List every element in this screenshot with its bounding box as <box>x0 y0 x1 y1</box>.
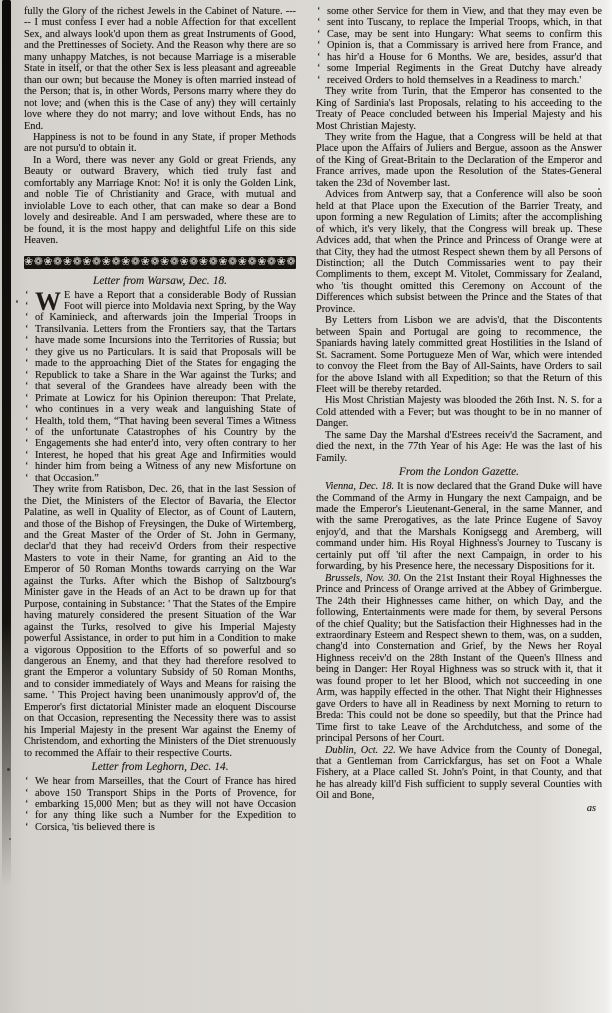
hague-paragraph: They write from the Hague, that a Congre… <box>316 132 602 189</box>
scan-edge-shadow <box>2 0 11 888</box>
drop-cap-W: W <box>35 290 64 312</box>
right-column: some other Service for them in View, and… <box>316 6 602 833</box>
warsaw-letter-heading: Letter from Warsaw, Dec. 18. <box>24 275 296 288</box>
antwerp-paragraph: Advices from Antwerp say, that a Confere… <box>316 189 602 315</box>
ink-speck <box>7 768 10 771</box>
dublin-dateline: Dublin, Oct. 22. <box>325 745 396 756</box>
happiness-paragraph: Happiness is not to be found in any Stat… <box>24 132 296 155</box>
two-column-text-area: fully the Glory of the richest Jewels in… <box>24 6 602 833</box>
left-column: fully the Glory of the richest Jewels in… <box>24 6 296 833</box>
continuation-paragraph: fully the Glory of the richest Jewels in… <box>24 6 296 132</box>
in-a-word-paragraph: In a Word, there was never any Gold or g… <box>24 155 296 247</box>
london-gazette-heading: From the London Gazette. <box>316 466 602 479</box>
catchword: as <box>316 803 602 814</box>
vienna-dateline: Vienna, Dec. 18. <box>325 481 394 492</box>
ratisbon-paragraph: They write from Ratisbon, Dec. 26, that … <box>24 484 296 759</box>
blooded-paragraph: His Most Christian Majesty was blooded t… <box>316 395 602 429</box>
warsaw-letter-text: E have a Report that a considerable Body… <box>35 290 296 484</box>
tuscany-continuation-paragraph: some other Service for them in View, and… <box>316 6 602 86</box>
brussels-paragraph: Brussels, Nov. 30.On the 21st Instant th… <box>316 573 602 745</box>
ink-speck <box>9 838 11 840</box>
printers-ornament-band: ❀❁❀❁❀❁❀❁❀❁❀❁❀❁❀❁❀❁❀❁❀❁❀❁❀❁❀❁ <box>24 256 296 269</box>
vienna-text: It is now declared that the Grand Duke w… <box>316 481 602 572</box>
newspaper-page: fully the Glory of the richest Jewels in… <box>0 0 612 1013</box>
turin-paragraph: They write from Turin, that the Emperor … <box>316 86 602 132</box>
destrees-paragraph: The same Day the Marshal d'Estrees recei… <box>316 430 602 464</box>
vienna-paragraph: Vienna, Dec. 18.It is now declared that … <box>316 481 602 573</box>
brussels-text: On the 21st Instant their Royal Highness… <box>316 573 602 744</box>
leghorn-letter-paragraph: We hear from Marseilles, that the Court … <box>24 776 296 833</box>
leghorn-letter-heading: Letter from Leghorn, Dec. 14. <box>24 761 296 774</box>
ink-speck <box>16 300 18 303</box>
dublin-paragraph: Dublin, Oct. 22.We have Advice from the … <box>316 745 602 802</box>
lisbon-paragraph: By Letters from Lisbon we are advis'd, t… <box>316 315 602 395</box>
brussels-dateline: Brussels, Nov. 30. <box>325 573 401 584</box>
warsaw-letter-paragraph: WE have a Report that a considerable Bod… <box>24 290 296 485</box>
